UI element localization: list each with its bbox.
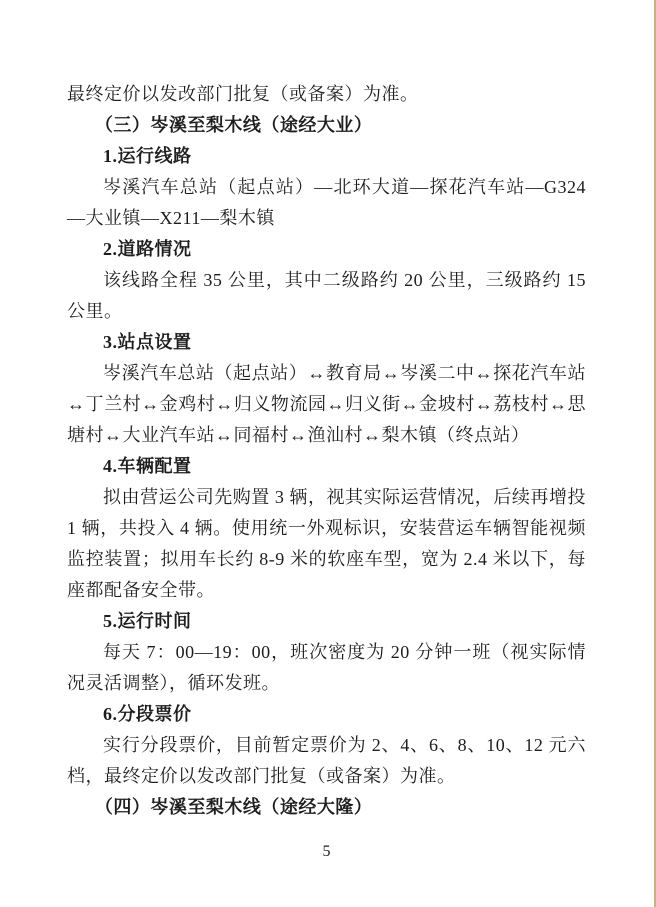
body-paragraph: 实行分段票价，目前暂定票价为 2、4、6、8、10、12 元六档，最终定价以发改… <box>67 730 586 792</box>
subsection-heading: 4.车辆配置 <box>67 451 586 482</box>
subsection-heading: 5.运行时间 <box>67 606 586 637</box>
section-heading: （三）岑溪至梨木线（途经大业） <box>67 110 586 141</box>
document-content: 最终定价以发改部门批复（或备案）为准。 （三）岑溪至梨木线（途经大业） 1.运行… <box>67 79 586 823</box>
subsection-heading: 3.站点设置 <box>67 327 586 358</box>
page-number: 5 <box>67 843 586 861</box>
body-paragraph: 拟由营运公司先购置 3 辆，视其实际运营情况，后续再增投 1 辆，共投入 4 辆… <box>67 482 586 606</box>
subsection-heading: 6.分段票价 <box>67 699 586 730</box>
body-paragraph: 最终定价以发改部门批复（或备案）为准。 <box>67 79 586 110</box>
subsection-heading: 2.道路情况 <box>67 234 586 265</box>
body-paragraph: 岑溪汽车总站（起点站）—北环大道—探花汽车站—G324—大业镇—X211—梨木镇 <box>67 172 586 234</box>
body-paragraph: 每天 7：00—19：00，班次密度为 20 分钟一班（视实际情况灵活调整），循… <box>67 637 586 699</box>
section-heading: （四）岑溪至梨木线（途经大隆） <box>67 792 586 823</box>
document-page: { "document": { "language": "zh-CN", "te… <box>0 0 656 907</box>
body-paragraph: 该线路全程 35 公里，其中二级路约 20 公里，三级路约 15 公里。 <box>67 265 586 327</box>
subsection-heading: 1.运行线路 <box>67 141 586 172</box>
page-background: 最终定价以发改部门批复（或备案）为准。 （三）岑溪至梨木线（途经大业） 1.运行… <box>0 0 656 907</box>
body-paragraph: 岑溪汽车总站（起点站）↔教育局↔岑溪二中↔探花汽车站↔丁兰村↔金鸡村↔归义物流园… <box>67 358 586 451</box>
